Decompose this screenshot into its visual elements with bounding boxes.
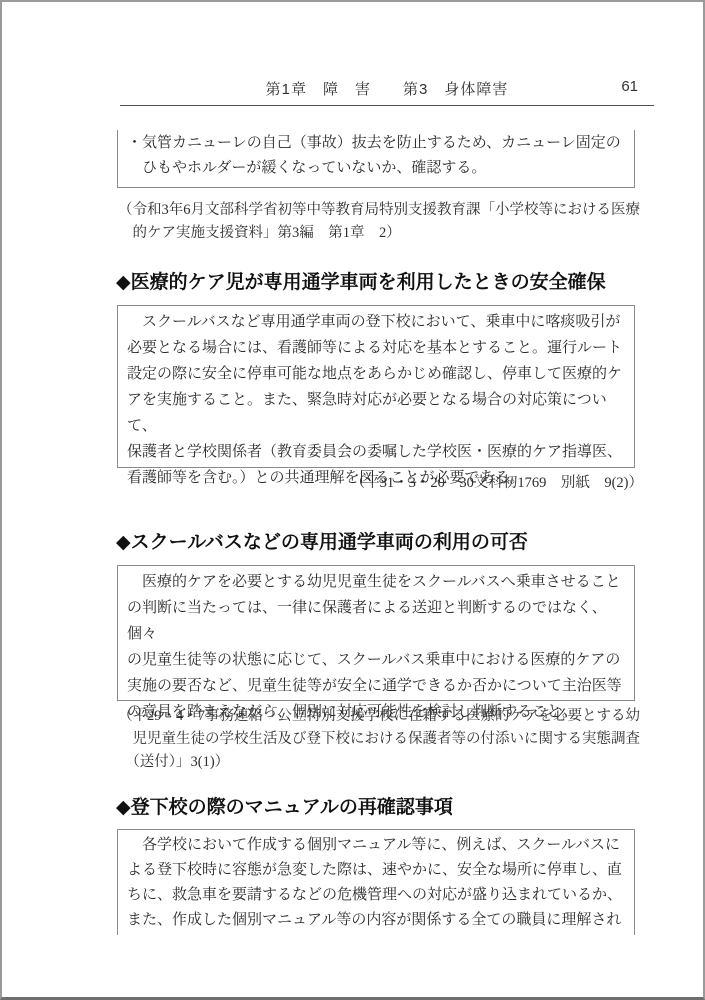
chapter-section-title: 第1章 障 害 第3 身体障害 [120,78,654,99]
page-number: 61 [621,78,638,95]
citation-section-2: （平29・4・7事務連絡「公立特別支援学校に在籍する医療的ケアを必要とする幼 児… [118,705,653,774]
quote-box-continued: ・気管カニューレの自己（事故）抜去を防止するため、カニューレ固定の ひもやホルダ… [117,130,635,188]
quote-box-section-1: スクールバスなど専用通学車両の登下校において、乗車中に喀痰吸引が 必要となる場合… [117,305,635,468]
citation-section-1: （平31・3・20 30文科初1769 別紙 9(2)） [118,472,653,495]
document-page: 第1章 障 害 第3 身体障害 61 ・気管カニューレの自己（事故）抜去を防止す… [0,0,705,1000]
quote-box-section-2: 医療的ケアを必要とする幼児児童生徒をスクールバスへ乗車させること の判断に当たっ… [117,565,635,701]
running-head: 第1章 障 害 第3 身体障害 61 [120,78,654,102]
section-heading-safety-on-school-vehicle: ◆医療的ケア児が専用通学車両を利用したときの安全確保 [116,269,646,296]
quote-box-section-3: 各学校において作成する個別マニュアル等に、例えば、スクールバスに よる登下校時に… [117,829,635,935]
section-heading-school-bus-use-permission: ◆スクールバスなどの専用通学車両の利用の可否 [116,529,646,556]
citation-continued-box: （令和3年6月文部科学省初等中等教育局特別支援教育課「小学校等における医療 的ケ… [118,199,653,245]
quote-box-continued-text: ・気管カニューレの自己（事故）抜去を防止するため、カニューレ固定の ひもやホルダ… [127,131,625,181]
quote-box-section-1-text: スクールバスなど専用通学車両の登下校において、乗車中に喀痰吸引が 必要となる場合… [127,309,625,491]
quote-box-section-2-text: 医療的ケアを必要とする幼児児童生徒をスクールバスへ乗車させること の判断に当たっ… [127,569,625,725]
section-heading-manual-recheck-items: ◆登下校の際のマニュアルの再確認事項 [116,794,646,821]
header-rule [120,105,654,106]
quote-box-section-3-text: 各学校において作成する個別マニュアル等に、例えば、スクールバスに よる登下校時に… [127,833,625,933]
